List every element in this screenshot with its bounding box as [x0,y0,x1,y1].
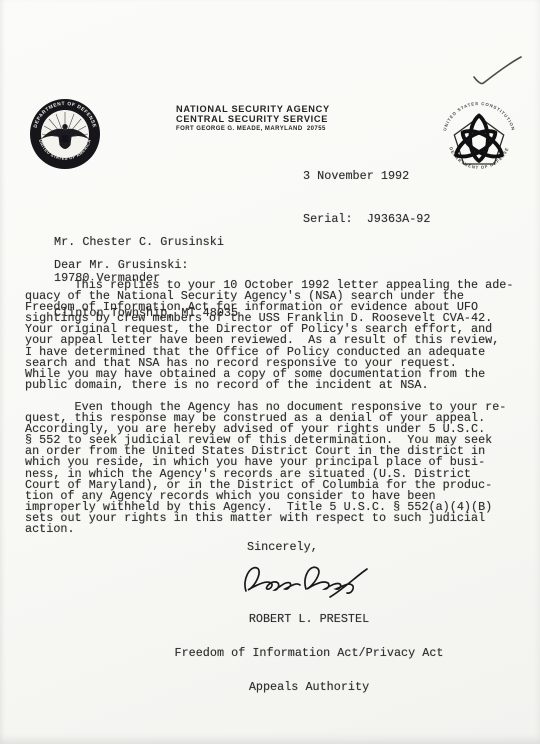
agency-address-line: FORT GEORGE G. MEADE, MARYLAND 20755 [176,126,330,132]
salutation: Dear Mr. Grusinski: [54,260,189,271]
signer-title-line2: Appeals Authority [172,682,446,693]
signer-name: ROBERT L. PRESTEL [172,614,446,625]
scanned-letter-page: DEPARTMENT OF DEFENSE UNITED STATES OF A… [0,0,540,744]
date-block: 3 November 1992 Serial: J9363A-92 [303,140,430,255]
agency-name-line2: CENTRAL SECURITY SERVICE [176,114,330,124]
central-security-service-seal-icon: UNITED STATES CONSTITUTION DEPARTMENT OF… [437,97,521,181]
letter-serial: Serial: J9363A-92 [303,212,430,226]
department-of-defense-seal-icon: DEPARTMENT OF DEFENSE UNITED STATES OF A… [29,98,101,170]
signer-block: ROBERT L. PRESTEL Freedom of Information… [172,592,446,715]
letter-date: 3 November 1992 [303,169,430,183]
checkmark-icon [468,52,526,88]
agency-name-line1: NATIONAL SECURITY AGENCY [176,104,330,114]
letterhead: NATIONAL SECURITY AGENCY CENTRAL SECURIT… [176,104,330,132]
css-seal-triquetra [452,116,507,163]
body-paragraph-1: This replies to your 10 October 1992 let… [25,280,513,391]
recipient-name: Mr. Chester C. Grusinski [54,237,238,249]
signer-title-line1: Freedom of Information Act/Privacy Act [172,648,446,659]
body-paragraph-2: Even though the Agency has no document r… [25,402,506,535]
valediction: Sincerely, [247,542,318,553]
